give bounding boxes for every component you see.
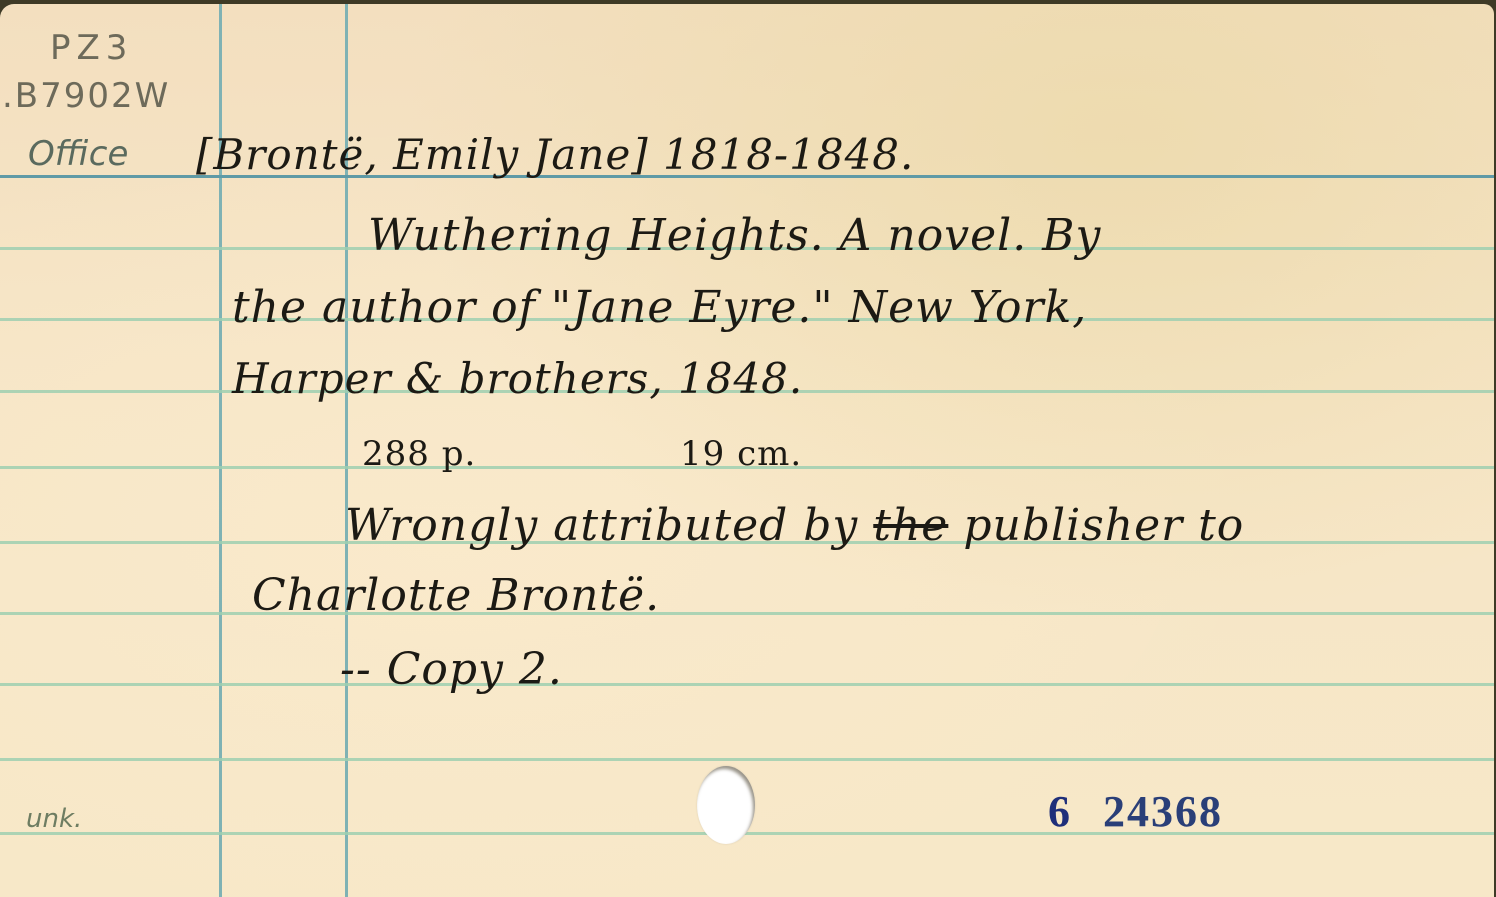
attribution-note-line1: Wrongly attributed by the publisher to <box>345 500 1244 551</box>
imprint-line: Harper & brothers, 1848. <box>232 354 803 403</box>
card-number-prefix: 6 <box>1048 787 1072 836</box>
ruled-line <box>0 612 1494 615</box>
note-text: publisher to <box>948 500 1244 551</box>
catalog-card: PZ3 .B7902W Office [Brontë, Emily Jane] … <box>0 4 1494 897</box>
copy-note: -- Copy 2. <box>340 644 563 695</box>
location-mark: Office <box>28 134 128 174</box>
bottom-left-mark: unk. <box>26 804 82 834</box>
punch-hole <box>697 766 755 844</box>
card-number-main: 24368 <box>1103 787 1223 836</box>
ruled-line <box>0 832 1494 835</box>
title-line: Wuthering Heights. A novel. By <box>368 210 1101 261</box>
card-number: 6 24368 <box>1048 786 1223 837</box>
struck-word: the <box>873 500 948 551</box>
ruled-line <box>0 683 1494 686</box>
call-number-line1: PZ3 <box>50 28 133 68</box>
collation-pages: 288 p. <box>362 434 476 474</box>
attribution-note-line2: Charlotte Brontë. <box>252 570 660 621</box>
note-text: Wrongly attributed by <box>345 500 873 551</box>
author-heading: [Brontë, Emily Jane] 1818-1848. <box>196 130 914 179</box>
collation-size: 19 cm. <box>680 434 802 474</box>
call-number-line2: .B7902W <box>2 76 170 116</box>
ruled-line <box>0 758 1494 761</box>
statement-line: the author of "Jane Eyre." New York, <box>232 282 1087 333</box>
